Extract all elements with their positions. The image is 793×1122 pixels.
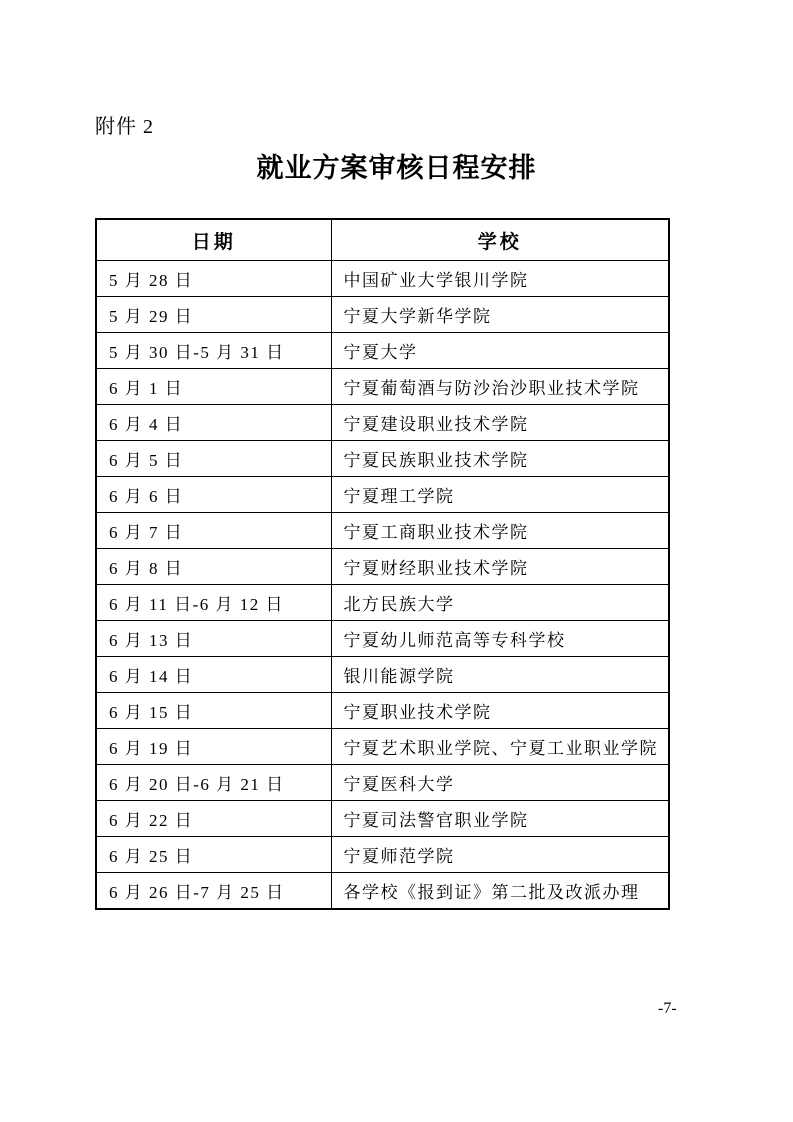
date-cell: 6 月 8 日 (96, 549, 331, 585)
table-row: 6 月 5 日宁夏民族职业技术学院 (96, 441, 669, 477)
table-row: 6 月 7 日宁夏工商职业技术学院 (96, 513, 669, 549)
table-row: 6 月 11 日-6 月 12 日北方民族大学 (96, 585, 669, 621)
column-header-school: 学校 (331, 219, 669, 261)
page-number: -7- (658, 1000, 677, 1018)
school-cell: 宁夏建设职业技术学院 (331, 405, 669, 441)
table-row: 6 月 22 日宁夏司法警官职业学院 (96, 801, 669, 837)
table-row: 6 月 4 日宁夏建设职业技术学院 (96, 405, 669, 441)
table-row: 6 月 15 日宁夏职业技术学院 (96, 693, 669, 729)
attachment-label: 附件 2 (95, 110, 154, 139)
table-row: 5 月 28 日中国矿业大学银川学院 (96, 261, 669, 297)
school-cell: 各学校《报到证》第二批及改派办理 (331, 873, 669, 910)
table-header-row: 日期 学校 (96, 219, 669, 261)
school-cell: 银川能源学院 (331, 657, 669, 693)
date-cell: 6 月 22 日 (96, 801, 331, 837)
column-header-date: 日期 (96, 219, 331, 261)
page-title: 就业方案审核日程安排 (0, 146, 793, 185)
table-row: 6 月 1 日宁夏葡萄酒与防沙治沙职业技术学院 (96, 369, 669, 405)
school-cell: 宁夏大学 (331, 333, 669, 369)
date-cell: 6 月 1 日 (96, 369, 331, 405)
school-cell: 宁夏幼儿师范高等专科学校 (331, 621, 669, 657)
date-cell: 6 月 26 日-7 月 25 日 (96, 873, 331, 910)
date-cell: 6 月 19 日 (96, 729, 331, 765)
table-row: 6 月 13 日宁夏幼儿师范高等专科学校 (96, 621, 669, 657)
table-row: 6 月 14 日银川能源学院 (96, 657, 669, 693)
date-cell: 6 月 20 日-6 月 21 日 (96, 765, 331, 801)
date-cell: 6 月 15 日 (96, 693, 331, 729)
date-cell: 6 月 6 日 (96, 477, 331, 513)
school-cell: 宁夏艺术职业学院、宁夏工业职业学院 (331, 729, 669, 765)
date-cell: 6 月 7 日 (96, 513, 331, 549)
date-cell: 6 月 4 日 (96, 405, 331, 441)
table-row: 6 月 20 日-6 月 21 日宁夏医科大学 (96, 765, 669, 801)
school-cell: 宁夏司法警官职业学院 (331, 801, 669, 837)
school-cell: 宁夏大学新华学院 (331, 297, 669, 333)
date-cell: 5 月 30 日-5 月 31 日 (96, 333, 331, 369)
school-cell: 宁夏职业技术学院 (331, 693, 669, 729)
date-cell: 6 月 14 日 (96, 657, 331, 693)
table-row: 6 月 26 日-7 月 25 日各学校《报到证》第二批及改派办理 (96, 873, 669, 910)
table-row: 6 月 6 日宁夏理工学院 (96, 477, 669, 513)
date-cell: 5 月 28 日 (96, 261, 331, 297)
table-row: 6 月 19 日宁夏艺术职业学院、宁夏工业职业学院 (96, 729, 669, 765)
document-page: 附件 2 就业方案审核日程安排 日期 学校 5 月 28 日中国矿业大学银川学院… (0, 0, 793, 1122)
school-cell: 北方民族大学 (331, 585, 669, 621)
school-cell: 宁夏师范学院 (331, 837, 669, 873)
school-cell: 宁夏民族职业技术学院 (331, 441, 669, 477)
table-row: 5 月 29 日宁夏大学新华学院 (96, 297, 669, 333)
table-row: 5 月 30 日-5 月 31 日宁夏大学 (96, 333, 669, 369)
schedule-table: 日期 学校 5 月 28 日中国矿业大学银川学院5 月 29 日宁夏大学新华学院… (95, 218, 670, 910)
school-cell: 宁夏工商职业技术学院 (331, 513, 669, 549)
school-cell: 宁夏理工学院 (331, 477, 669, 513)
school-cell: 中国矿业大学银川学院 (331, 261, 669, 297)
date-cell: 5 月 29 日 (96, 297, 331, 333)
date-cell: 6 月 5 日 (96, 441, 331, 477)
school-cell: 宁夏葡萄酒与防沙治沙职业技术学院 (331, 369, 669, 405)
school-cell: 宁夏财经职业技术学院 (331, 549, 669, 585)
date-cell: 6 月 25 日 (96, 837, 331, 873)
school-cell: 宁夏医科大学 (331, 765, 669, 801)
table-row: 6 月 25 日宁夏师范学院 (96, 837, 669, 873)
date-cell: 6 月 11 日-6 月 12 日 (96, 585, 331, 621)
date-cell: 6 月 13 日 (96, 621, 331, 657)
table-row: 6 月 8 日宁夏财经职业技术学院 (96, 549, 669, 585)
